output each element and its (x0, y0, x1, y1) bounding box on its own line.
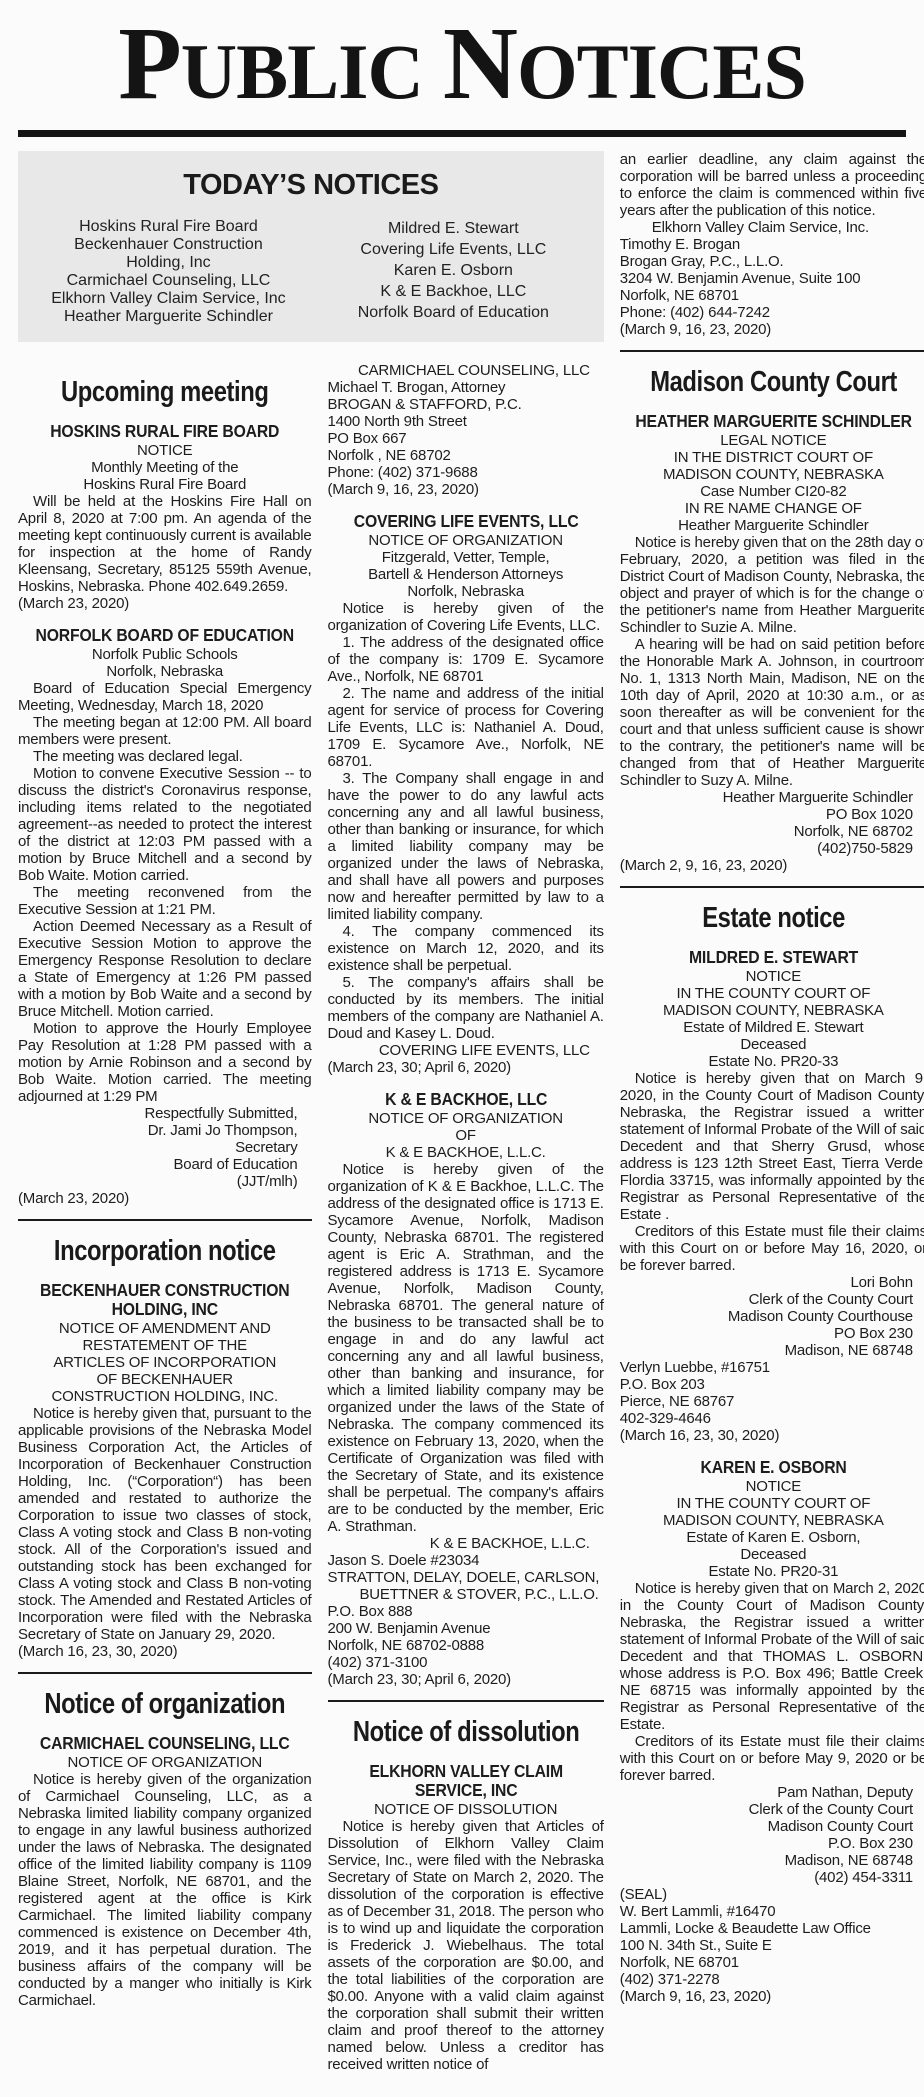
centered-line: MADISON COUNTY, NEBRASKA (620, 1002, 924, 1019)
signature-block: K & E BACKHOE, L.L.C. (328, 1535, 604, 1552)
centered-block: NOTICE OF DISSOLUTION (328, 1801, 604, 1818)
centered-block: NOTICE OF ORGANIZATION (18, 1754, 312, 1771)
section-heading: Notice of dissolution (352, 1716, 579, 1748)
todays-notices-title: TODAY’S NOTICES (26, 169, 596, 202)
notice-title: KAREN E. OSBORN (635, 1458, 911, 1477)
notice-title: K & E BACKHOE, LLC (328, 1090, 604, 1109)
credit-line: W. Bert Lammli, #16470 (620, 1903, 924, 1920)
paragraph: 1. The address of the designated office … (328, 634, 604, 685)
credit-line: 100 N. 34th St., Suite E (620, 1937, 924, 1954)
credit-block: (March 23, 2020) (18, 595, 312, 612)
notice-title: ELKHORN VALLEY CLAIMSERVICE, INC (328, 1762, 604, 1800)
centered-line: NOTICE (18, 442, 312, 459)
centered-line: OF (328, 1127, 604, 1144)
credit-block: Jason S. Doele #23034STRATTON, DELAY, DO… (328, 1552, 604, 1688)
signature-line: Madison County Courthouse (620, 1308, 913, 1325)
credit-line: 200 W. Benjamin Avenue (328, 1620, 604, 1637)
centered-line: ARTICLES OF INCORPORATION (18, 1354, 312, 1371)
notice-title: BECKENHAUER CONSTRUCTION (33, 1281, 297, 1300)
section-divider (18, 1672, 312, 1674)
signature-line: Heather Marguerite Schindler (620, 789, 913, 806)
credit-line: (March 9, 16, 23, 2020) (620, 321, 924, 338)
column-1: Upcoming meetingHOSKINS RURAL FIRE BOARD… (18, 362, 312, 2009)
notice-name: Beckenhauer Construction (26, 236, 311, 254)
credit-block: (March 23, 30; April 6, 2020) (328, 1059, 604, 1076)
notice-name: Norfolk Board of Education (311, 302, 596, 323)
credit-line: Michael T. Brogan, Attorney (328, 379, 604, 396)
credit-line: (SEAL) (620, 1886, 924, 1903)
paragraph: 4. The company commenced its existence o… (328, 923, 604, 974)
centered-line: Deceased (620, 1546, 924, 1563)
notice-title: NORFOLK BOARD OF EDUCATION (33, 626, 297, 645)
signature-block: Heather Marguerite SchindlerPO Box 1020N… (620, 789, 924, 857)
credit-line: BROGAN & STAFFORD, P.C. (328, 396, 604, 413)
centered-line: NOTICE (620, 968, 924, 985)
notice-title: COVERING LIFE EVENTS, LLC (328, 512, 604, 531)
section-divider (620, 350, 924, 352)
signature-line: Dr. Jami Jo Thompson, (18, 1122, 298, 1139)
credit-line: Lammli, Locke & Beaudette Law Office (620, 1920, 924, 1937)
notice-name: Elkhorn Valley Claim Service, Inc (26, 290, 311, 308)
credit-line: STRATTON, DELAY, DOELE, CARLSON, (328, 1569, 604, 1586)
centered-line: Estate No. PR20-31 (620, 1563, 924, 1580)
centered-line: Estate No. PR20-33 (620, 1053, 924, 1070)
centered-line: Heather Marguerite Schindler (620, 517, 924, 534)
credit-line: Brogan Gray, P.C., L.L.O. (620, 253, 924, 270)
signature-block: Pam Nathan, DeputyClerk of the County Co… (620, 1784, 924, 1886)
notice-title: CARMICHAEL COUNSELING, LLC (18, 1734, 312, 1753)
centered-line: NOTICE OF ORGANIZATION (328, 1110, 604, 1127)
credit-line: (March 16, 23, 30, 2020) (18, 1643, 312, 1660)
centered-line: OF BECKENHAUER (18, 1371, 312, 1388)
centered-line: IN THE COUNTY COURT OF (620, 985, 924, 1002)
paragraph: an earlier deadline, any claim against t… (620, 151, 924, 219)
paragraph: Motion to convene Executive Session -- t… (18, 765, 312, 884)
notice-name: K & E Backhoe, LLC (311, 281, 596, 302)
signature-line: Norfolk, NE 68702 (620, 823, 913, 840)
signature-line: Pam Nathan, Deputy (620, 1784, 913, 1801)
section-heading: Incorporation notice (44, 1235, 285, 1267)
credit-line: Phone: (402) 371-9688 (328, 464, 604, 481)
newspaper-page: PUBLICNOTICES TODAY’S NOTICES Hoskins Ru… (0, 0, 924, 2097)
signature-line: Madison County Court (620, 1818, 913, 1835)
paragraph: 2. The name and address of the initial a… (328, 685, 604, 770)
notice-name: Heather Marguerite Schindler (26, 308, 311, 326)
credit-line: (March 9, 16, 23, 2020) (620, 1988, 924, 2005)
credit-line: 402-329-4646 (620, 1410, 924, 1427)
credit-block: Elkhorn Valley Claim Service, Inc.Timoth… (620, 219, 924, 338)
centered-line: NOTICE OF ORGANIZATION (18, 1754, 312, 1771)
notice-title: HOLDING, INC (33, 1300, 297, 1319)
credit-line: (March 23, 30; April 6, 2020) (328, 1671, 604, 1688)
notice-title: K & E BACKHOE, LLC (341, 1090, 590, 1109)
notice-name-list-right: Mildred E. StewartCovering Life Events, … (311, 218, 596, 326)
paragraph: Notice is hereby given that Articles of … (328, 1818, 604, 2073)
notice-title: HEATHER MARGUERITE SCHINDLER (620, 412, 924, 431)
credit-line: P.O. Box 203 (620, 1376, 924, 1393)
centered-line: Monthly Meeting of the (18, 459, 312, 476)
signature-line: K & E BACKHOE, L.L.C. (328, 1535, 590, 1552)
centered-line: Norfolk, Nebraska (18, 663, 312, 680)
notice-name: Karen E. Osborn (311, 260, 596, 281)
credit-line: P.O. Box 888 (328, 1603, 604, 1620)
signature-block: Lori BohnClerk of the County CourtMadiso… (620, 1274, 924, 1359)
credit-line: BUETTNER & STOVER, P.C., L.L.O. (328, 1586, 604, 1603)
credit-line: (March 2, 9, 16, 23, 2020) (620, 857, 924, 874)
todays-notices-lists: Hoskins Rural Fire BoardBeckenhauer Cons… (26, 218, 596, 326)
credit-line: Elkhorn Valley Claim Service, Inc. (620, 219, 924, 236)
notice-title: MILDRED E. STEWART (620, 948, 924, 967)
notice-name: Hoskins Rural Fire Board (26, 218, 311, 236)
notice-title: COVERING LIFE EVENTS, LLC (341, 512, 590, 531)
notice-name: Holding, Inc (26, 254, 311, 272)
page-title: PUBLICNOTICES (18, 12, 906, 116)
signature-block: Respectfully Submitted,Dr. Jami Jo Thomp… (18, 1105, 312, 1190)
signature-line: Lori Bohn (620, 1274, 913, 1291)
paragraph: Notice is hereby given of the organizati… (328, 1161, 604, 1535)
paragraph: The meeting was declared legal. (18, 748, 312, 765)
notices-content: TODAY’S NOTICES Hoskins Rural Fire Board… (18, 151, 906, 2073)
credit-line: Timothy E. Brogan (620, 236, 924, 253)
paragraph: The meeting began at 12:00 PM. All board… (18, 714, 312, 748)
notice-title: ELKHORN VALLEY CLAIM (341, 1762, 590, 1781)
credit-line: 1400 North 9th Street (328, 413, 604, 430)
centered-block: NOTICE OF AMENDMENT ANDRESTATEMENT OF TH… (18, 1320, 312, 1405)
centered-block: NOTICEIN THE COUNTY COURT OFMADISON COUN… (620, 1478, 924, 1580)
signature-line: PO Box 230 (620, 1325, 913, 1342)
notice-title: SERVICE, INC (341, 1781, 590, 1800)
paragraph: Notice is hereby given of the organizati… (18, 1771, 312, 2009)
signature-line: CARMICHAEL COUNSELING, LLC (328, 362, 590, 379)
section-divider (328, 1700, 604, 1702)
credit-line: (March 23, 2020) (18, 595, 312, 612)
section-divider (620, 886, 924, 888)
notice-name: Carmichael Counseling, LLC (26, 272, 311, 290)
credit-line: 3204 W. Benjamin Avenue, Suite 100 (620, 270, 924, 287)
centered-block: NOTICE OF ORGANIZATIONFitzgerald, Vetter… (328, 532, 604, 600)
notice-title: HOSKINS RURAL FIRE BOARD (18, 422, 312, 441)
centered-line: Deceased (620, 1036, 924, 1053)
paragraph: 5. The company's affairs shall be conduc… (328, 974, 604, 1042)
section-divider (18, 1219, 312, 1221)
paragraph: Notice is hereby given that on March 9, … (620, 1070, 924, 1223)
notice-name-list-left: Hoskins Rural Fire BoardBeckenhauer Cons… (26, 218, 311, 326)
signature-line: Board of Education (18, 1156, 298, 1173)
paragraph: Notice is hereby given that on the 28th … (620, 534, 924, 636)
paragraph: Notice is hereby given of the organizati… (328, 600, 604, 634)
signature-line: Madison, NE 68748 (620, 1342, 913, 1359)
centered-line: MADISON COUNTY, NEBRASKA (620, 466, 924, 483)
paragraph: Motion to approve the Hourly Employee Pa… (18, 1020, 312, 1105)
todays-notices-box: TODAY’S NOTICES Hoskins Rural Fire Board… (18, 151, 604, 342)
credit-line: (402) 371-2278 (620, 1971, 924, 1988)
credit-line: (March 23, 30; April 6, 2020) (328, 1059, 604, 1076)
centered-block: Norfolk Public SchoolsNorfolk, Nebraska (18, 646, 312, 680)
paragraph: Board of Education Special Emergency Mee… (18, 680, 312, 714)
credit-line: (March 9, 16, 23, 2020) (328, 481, 604, 498)
centered-line: Fitzgerald, Vetter, Temple, (328, 549, 604, 566)
centered-line: Norfolk, Nebraska (328, 583, 604, 600)
paragraph: Creditors of its Estate must file their … (620, 1733, 924, 1784)
paragraph: Action Deemed Necessary as a Result of E… (18, 918, 312, 1020)
paragraph: Will be held at the Hoskins Fire Hall on… (18, 493, 312, 595)
signature-line: P.O. Box 230 (620, 1835, 913, 1852)
signature-line: Clerk of the County Court (620, 1801, 913, 1818)
credit-block: (March 16, 23, 30, 2020) (18, 1643, 312, 1660)
centered-line: NOTICE OF ORGANIZATION (328, 532, 604, 549)
notice-title: BECKENHAUER CONSTRUCTIONHOLDING, INC (18, 1281, 312, 1319)
credit-block: Michael T. Brogan, AttorneyBROGAN & STAF… (328, 379, 604, 498)
centered-line: Estate of Karen E. Osborn, (620, 1529, 924, 1546)
centered-line: NOTICE OF AMENDMENT AND (18, 1320, 312, 1337)
credit-line: Norfolk , NE 68702 (328, 447, 604, 464)
centered-line: IN RE NAME CHANGE OF (620, 500, 924, 517)
signature-line: PO Box 1020 (620, 806, 913, 823)
credit-line: (March 23, 2020) (18, 1190, 312, 1207)
centered-block: NOTICEIN THE COUNTY COURT OFMADISON COUN… (620, 968, 924, 1070)
notice-name: Mildred E. Stewart (311, 218, 596, 239)
paragraph: Notice is hereby given that on March 2, … (620, 1580, 924, 1733)
page-title-text: UBLIC (181, 28, 423, 115)
credit-line: Pierce, NE 68767 (620, 1393, 924, 1410)
notice-title: NORFOLK BOARD OF EDUCATION (18, 626, 312, 645)
signature-line: COVERING LIFE EVENTS, LLC (328, 1042, 590, 1059)
centered-line: NOTICE (620, 1478, 924, 1495)
signature-line: (402)750-5829 (620, 840, 913, 857)
section-heading: Madison County Court (647, 366, 899, 398)
signature-line: Madison, NE 68748 (620, 1852, 913, 1869)
section-heading: Upcoming meeting (44, 376, 285, 408)
centered-line: LEGAL NOTICE (620, 432, 924, 449)
centered-block: LEGAL NOTICEIN THE DISTRICT COURT OFMADI… (620, 432, 924, 534)
column-2: CARMICHAEL COUNSELING, LLCMichael T. Bro… (328, 362, 604, 2073)
centered-line: IN THE DISTRICT COURT OF (620, 449, 924, 466)
paragraph: 3. The Company shall engage in and have … (328, 770, 604, 923)
centered-line: Estate of Mildred E. Stewart (620, 1019, 924, 1036)
centered-line: Norfolk Public Schools (18, 646, 312, 663)
centered-line: NOTICE OF DISSOLUTION (328, 1801, 604, 1818)
signature-line: (JJT/mlh) (18, 1173, 298, 1190)
credit-line: Norfolk, NE 68702-0888 (328, 1637, 604, 1654)
centered-line: IN THE COUNTY COURT OF (620, 1495, 924, 1512)
credit-block: Verlyn Luebbe, #16751P.O. Box 203Pierce,… (620, 1359, 924, 1444)
paragraph: The meeting reconvened from the Executiv… (18, 884, 312, 918)
credit-line: Verlyn Luebbe, #16751 (620, 1359, 924, 1376)
credit-line: Norfolk, NE 68701 (620, 1954, 924, 1971)
centered-line: K & E BACKHOE, L.L.C. (328, 1144, 604, 1161)
centered-line: CONSTRUCTION HOLDING, INC. (18, 1388, 312, 1405)
notice-title: MILDRED E. STEWART (635, 948, 911, 967)
signature-block: COVERING LIFE EVENTS, LLC (328, 1042, 604, 1059)
notice-title: KAREN E. OSBORN (620, 1458, 924, 1477)
credit-block: (March 23, 2020) (18, 1190, 312, 1207)
paragraph: A hearing will be had on said petition b… (620, 636, 924, 789)
signature-line: (402) 454-3311 (620, 1869, 913, 1886)
centered-block: NOTICE OF ORGANIZATIONOFK & E BACKHOE, L… (328, 1110, 604, 1161)
credit-line: Phone: (402) 644-7242 (620, 304, 924, 321)
credit-block: (SEAL)W. Bert Lammli, #16470Lammli, Lock… (620, 1886, 924, 2005)
page-title-initial: P (118, 6, 181, 121)
signature-line: Clerk of the County Court (620, 1291, 913, 1308)
signature-line: Respectfully Submitted, (18, 1105, 298, 1122)
notice-title: CARMICHAEL COUNSELING, LLC (33, 1734, 297, 1753)
section-heading: Estate notice (647, 902, 899, 934)
paragraph: Creditors of this Estate must file their… (620, 1223, 924, 1274)
credit-line: (March 16, 23, 30, 2020) (620, 1427, 924, 1444)
notice-title: HEATHER MARGUERITE SCHINDLER (635, 412, 911, 431)
credit-line: Norfolk, NE 68701 (620, 287, 924, 304)
centered-line: Hoskins Rural Fire Board (18, 476, 312, 493)
centered-block: NOTICEMonthly Meeting of theHoskins Rura… (18, 442, 312, 493)
masthead-rule (18, 130, 906, 137)
notice-title: HOSKINS RURAL FIRE BOARD (33, 422, 297, 441)
centered-line: Case Number CI20-82 (620, 483, 924, 500)
centered-line: MADISON COUNTY, NEBRASKA (620, 1512, 924, 1529)
centered-line: Bartell & Henderson Attorneys (328, 566, 604, 583)
credit-line: (402) 371-3100 (328, 1654, 604, 1671)
paragraph: Notice is hereby given that, pursuant to… (18, 1405, 312, 1643)
column-3: an earlier deadline, any claim against t… (620, 151, 924, 2005)
section-heading: Notice of organization (44, 1688, 285, 1720)
page-title-text: OTICES (517, 28, 806, 115)
notice-name: Covering Life Events, LLC (311, 239, 596, 260)
signature-line: Secretary (18, 1139, 298, 1156)
credit-line: Jason S. Doele #23034 (328, 1552, 604, 1569)
signature-block: CARMICHAEL COUNSELING, LLC (328, 362, 604, 379)
credit-line: PO Box 667 (328, 430, 604, 447)
centered-line: RESTATEMENT OF THE (18, 1337, 312, 1354)
credit-block: (March 2, 9, 16, 23, 2020) (620, 857, 924, 874)
page-title-initial: N (443, 6, 517, 121)
